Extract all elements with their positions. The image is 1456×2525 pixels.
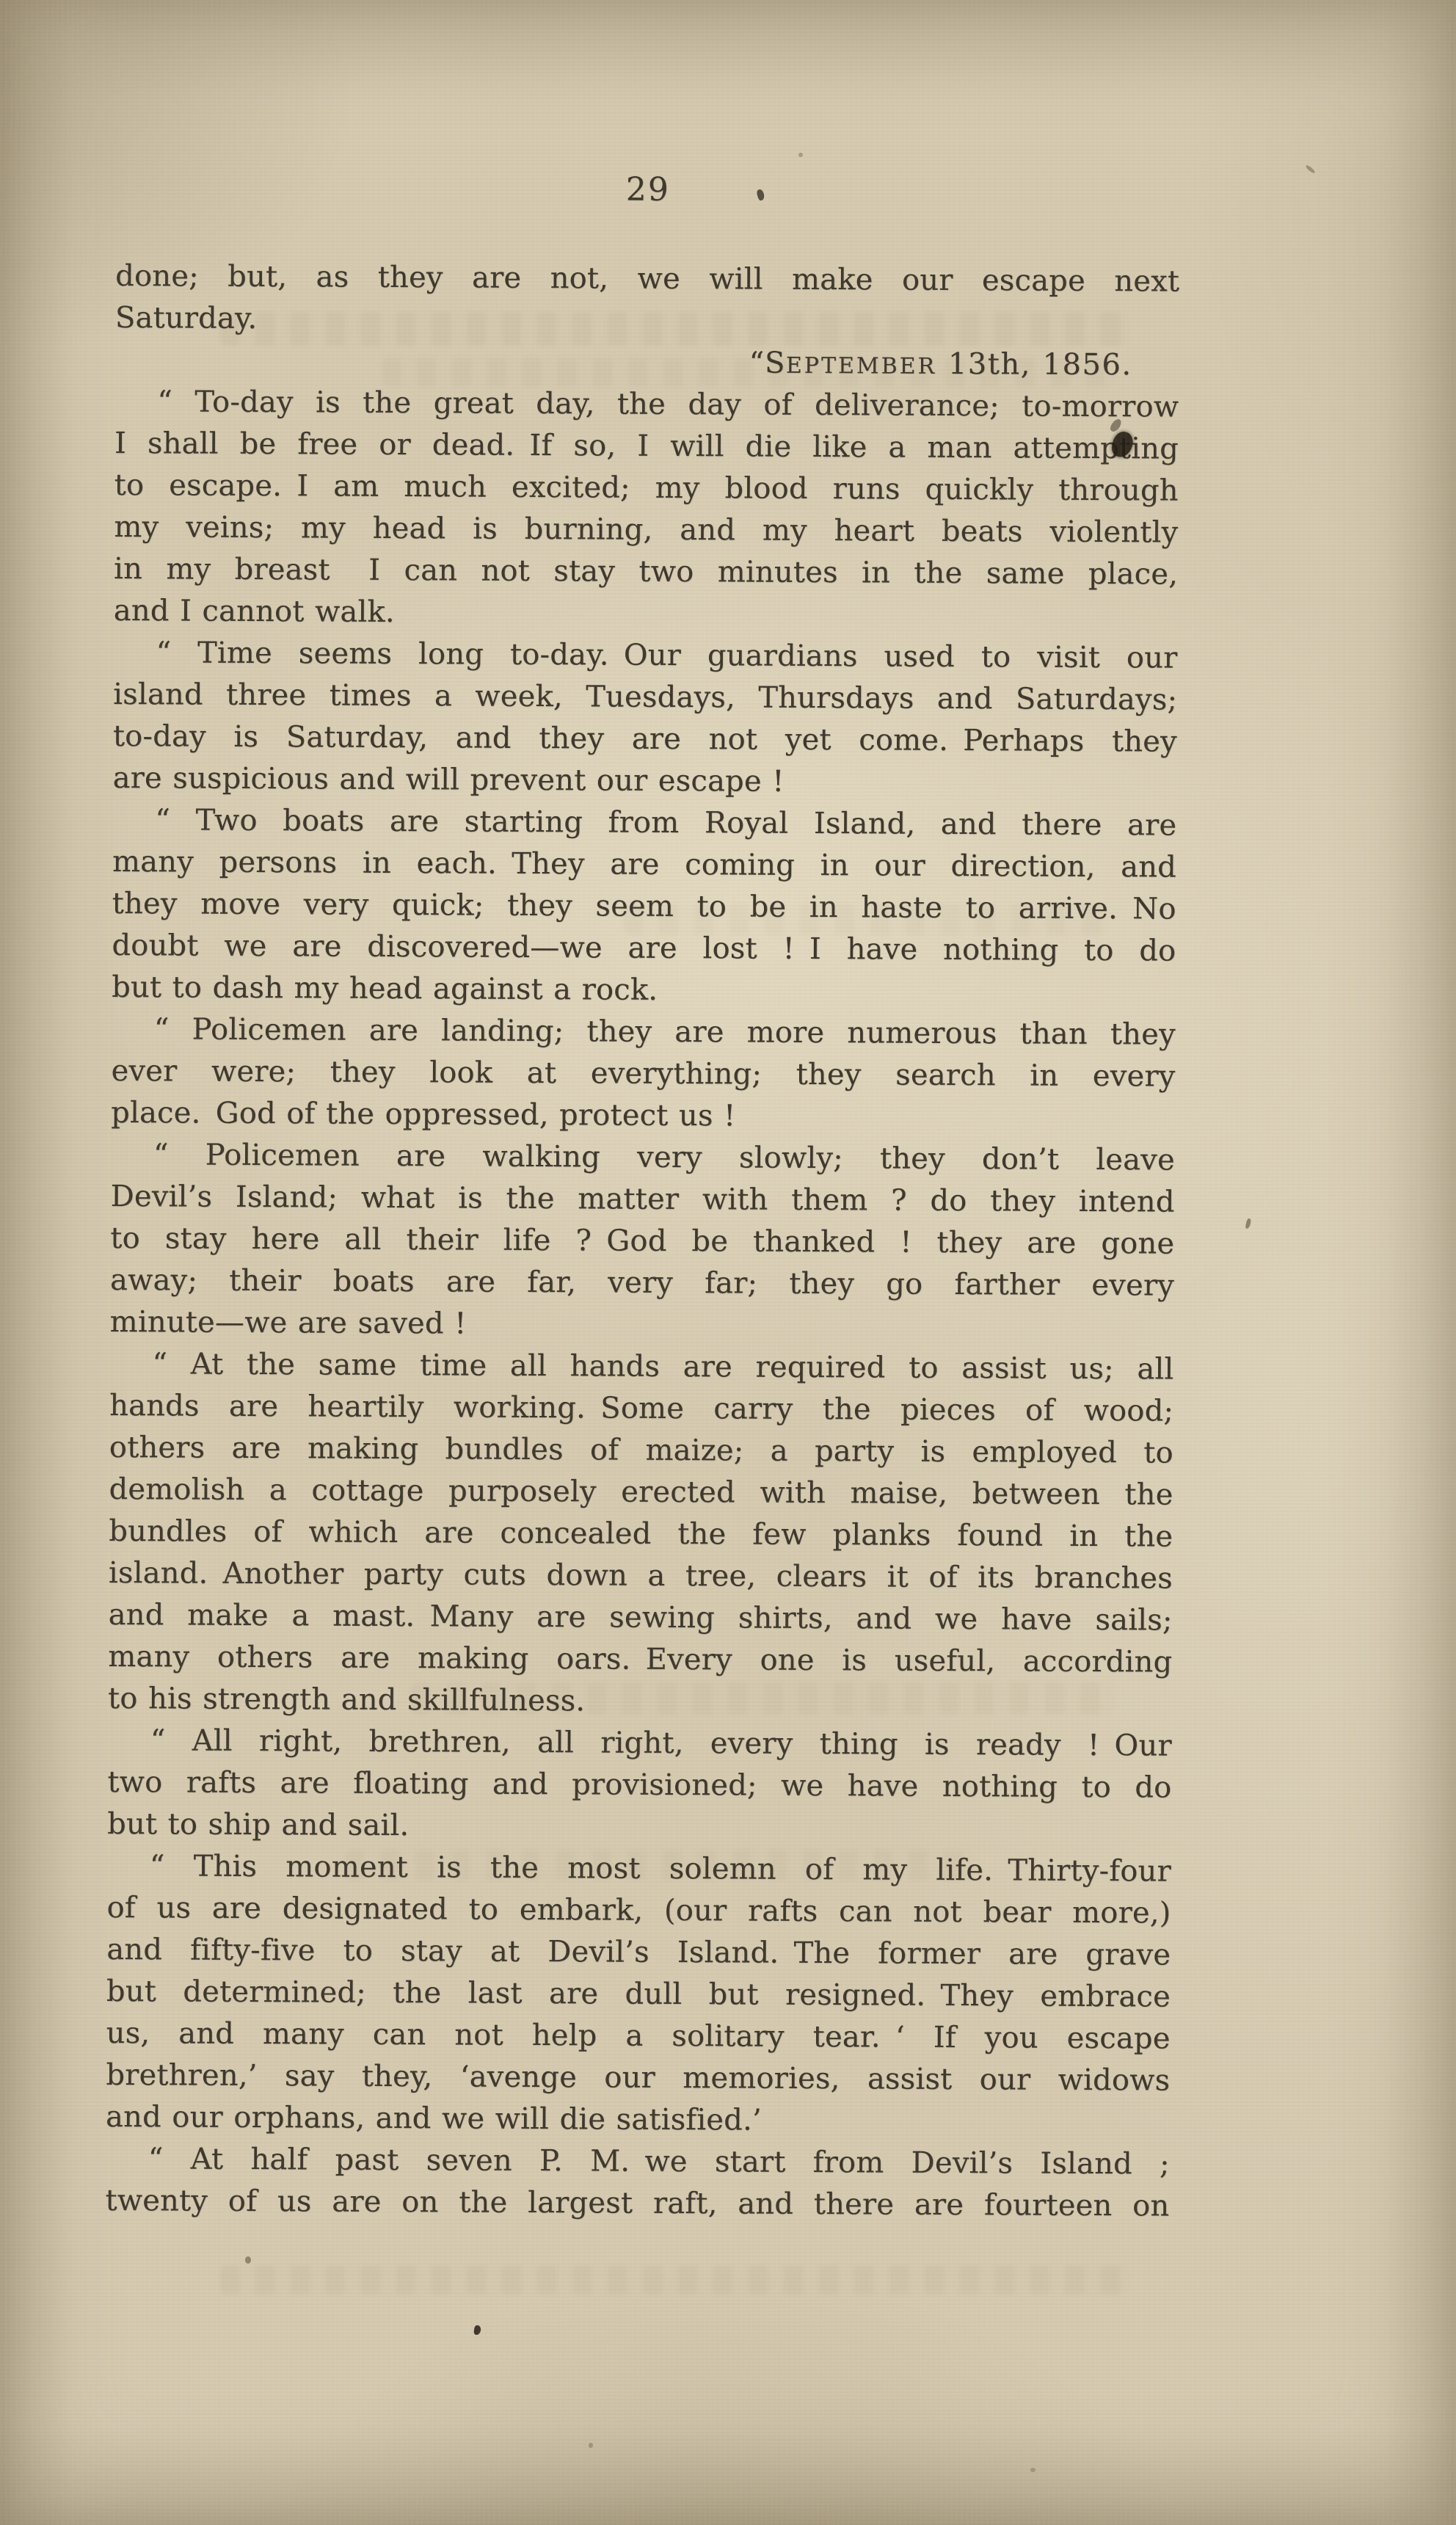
text-line: us, and many can not help a solitary tea… [106,2013,1171,2060]
paragraph: “ At the same time all hands are require… [108,1343,1174,1726]
text-line: are suspicious and will prevent our esca… [112,757,1176,805]
text-line: twenty of us are on the largest raft, an… [105,2180,1169,2228]
paragraph: “ Two boats are starting from Royal Isla… [112,799,1176,1014]
dateline-month: EPTEMBER [786,353,936,379]
text-line: “ This moment is the most solemn of my l… [107,1845,1171,1893]
text-line: away; their boats are far, very far; the… [110,1260,1174,1307]
text-line: island three times a week, Tuesdays, Thu… [113,674,1177,722]
text-line: but to dash my head against a rock. [112,967,1176,1014]
book-page-scan: 29 done; but, as they are not, we will m… [0,0,1456,2525]
paragraph: done; but, as they are not, we will make… [115,255,1180,345]
bleed-through-smudge [220,2265,1130,2295]
paragraph: “ Policemen are walking very slowly; the… [110,1134,1175,1349]
text-line: of us are designated to embark, (our raf… [106,1887,1171,1935]
text-line: place. God of the oppressed, protect us … [111,1092,1175,1140]
text-line: ever were; they look at everything; they… [111,1050,1175,1098]
paragraph: “ At half past seven P. M. we start from… [105,2138,1170,2228]
text-line: “ Policemen are landing; they are more n… [112,1009,1176,1056]
paragraph: “ Policemen are landing; they are more n… [111,1009,1176,1140]
text-line: in my breast I can not stay two minutes … [114,548,1178,596]
text-line: demolish a cottage purposely erected wit… [109,1469,1173,1516]
text-line: my veins; my head is burning, and my hea… [114,506,1178,554]
text-line: two rafts are floating and provisioned; … [107,1762,1171,1809]
text-line: others are making bundles of maize; a pa… [109,1427,1173,1475]
text-block: 29 done; but, as they are not, we will m… [105,166,1180,2228]
ink-speck [1305,164,1316,174]
text-line: “ Policemen are walking very slowly; the… [111,1134,1175,1182]
text-line: and fifty-five to stay at Devil’s Island… [106,1929,1171,1977]
ink-speck [1030,2468,1035,2472]
text-line: doubt we are discovered—we are lost ! I … [112,925,1176,973]
text-line: “ At the same time all hands are require… [109,1343,1173,1391]
dateline: “SEPTEMBER 13th, 1856. [114,339,1179,387]
paragraph: “ To-day is the great day, the day of de… [114,381,1179,638]
ink-speck [798,153,803,157]
text-line: I shall be free or dead. If so, I will d… [114,423,1179,471]
text-line: “ At half past seven P. M. we start from… [106,2138,1170,2186]
text-line: to stay here all their life ? God be tha… [110,1218,1174,1265]
text-line: hands are heartily working. Some carry t… [109,1385,1173,1433]
text-line: many others are making oars. Every one i… [108,1636,1172,1684]
paragraph: “ All right, brethren, all right, every … [107,1720,1172,1851]
text-line: “ Two boats are starting from Royal Isla… [112,799,1176,847]
paragraph: “ Time seems long to-day. Our guardians … [112,632,1177,805]
text-line: minute—we are saved ! [110,1301,1174,1349]
text-line: Devil’s Island; what is the matter with … [110,1176,1174,1224]
text-line: and I cannot walk. [114,590,1178,638]
text-line: Saturday. [115,297,1179,345]
text-line: “ All right, brethren, all right, every … [108,1720,1172,1767]
text-line: many persons in each. They are coming in… [112,841,1176,889]
text-line: but to ship and sail. [107,1803,1171,1851]
dateline-month-initial: S [765,346,786,380]
text-line: to escape. I am much excited; my blood r… [114,465,1179,512]
text-line: island. Another party cuts down a tree, … [109,1552,1173,1600]
text-line: and our orphans, and we will die satisfi… [106,2096,1170,2144]
text-line: bundles of which are concealed the few p… [109,1511,1173,1558]
text-line: to-day is Saturday, and they are not yet… [113,716,1177,763]
text-line: to his strength and skillfulness. [108,1678,1172,1726]
paragraph: “ This moment is the most solemn of my l… [106,1845,1171,2144]
text-line: done; but, as they are not, we will make… [115,255,1179,303]
text-line: brethren,’ say they, ‘avenge our memorie… [106,2054,1170,2102]
ink-speck [589,2443,593,2448]
text-line: they move very quick; they seem to be in… [112,883,1176,931]
text-line: but determined; the last are dull but re… [106,1971,1171,2019]
ink-speck [1245,1218,1252,1229]
text-line: and make a mast. Many are sewing shirts,… [109,1594,1173,1642]
text-line: “ To-day is the great day, the day of de… [114,381,1179,429]
page-number: 29 [116,166,1180,214]
dateline-date: 13th, 1856. [936,347,1132,382]
ink-speck [473,2325,481,2335]
dateline-quote: “ [749,346,765,380]
text-line: “ Time seems long to-day. Our guardians … [113,632,1177,680]
ink-speck [245,2256,251,2264]
